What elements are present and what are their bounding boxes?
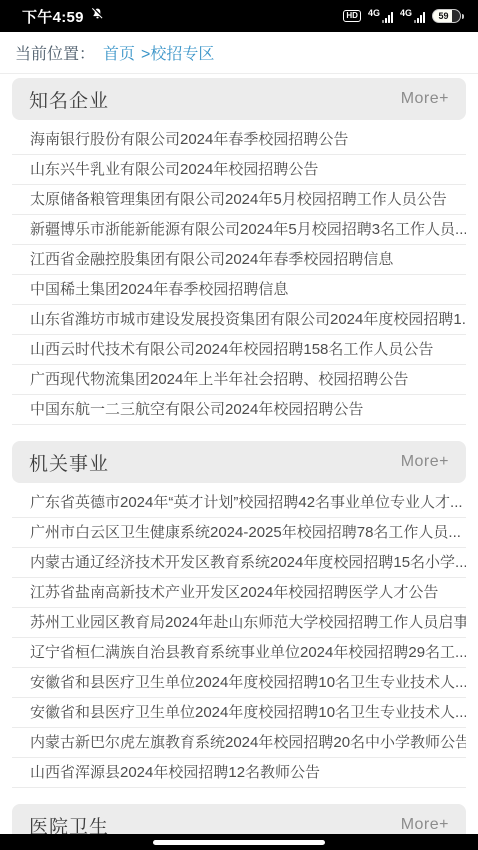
list-item[interactable]: 山西云时代技术有限公司2024年校园招聘158名工作人员公告 (12, 335, 466, 365)
list-item[interactable]: 内蒙古通辽经济技术开发区教育系统2024年度校园招聘15名小学... (12, 548, 466, 578)
sim1-signal-icon: 4G (368, 9, 393, 23)
list-item[interactable]: 安徽省和县医疗卫生单位2024年度校园招聘10名卫生专业技术人... (12, 698, 466, 728)
list-item[interactable]: 辽宁省桓仁满族自治县教育系统事业单位2024年校园招聘29名工... (12, 638, 466, 668)
list-item[interactable]: 新疆博乐市浙能新能源有限公司2024年5月校园招聘3名工作人员... (12, 215, 466, 245)
list-item[interactable]: 江苏省盐南高新技术产业开发区2024年校园招聘医学人才公告 (12, 578, 466, 608)
list-item[interactable]: 中国东航一二三航空有限公司2024年校园招聘公告 (12, 395, 466, 425)
list-item[interactable]: 内蒙古新巴尔虎左旗教育系统2024年校园招聘20名中小学教师公告 (12, 728, 466, 758)
section-title: 知名企业 (29, 86, 109, 113)
list-item[interactable]: 中国稀土集团2024年春季校园招聘信息 (12, 275, 466, 305)
sim2-signal-icon: 4G (400, 9, 425, 23)
list-item[interactable]: 广州市白云区卫生健康系统2024-2025年校园招聘78名工作人员... (12, 518, 466, 548)
breadcrumb-label: 当前位置： (15, 41, 95, 64)
breadcrumb: 当前位置： 首页 >校招专区 (0, 32, 478, 74)
list-item[interactable]: 安徽省和县医疗卫生单位2024年度校园招聘10名卫生专业技术人... (12, 668, 466, 698)
list-item[interactable]: 山西省浑源县2024年校园招聘12名教师公告 (12, 758, 466, 788)
section-government-institutions: 机关事业 More+ 广东省英德市2024年“英才计划”校园招聘42名事业单位专… (0, 441, 478, 788)
list-item[interactable]: 苏州工业园区教育局2024年赴山东师范大学校园招聘工作人员启事 (12, 608, 466, 638)
page-content: 知名企业 More+ 海南银行股份有限公司2024年春季校园招聘公告 山东兴牛乳… (0, 74, 478, 846)
list-item[interactable]: 海南银行股份有限公司2024年春季校园招聘公告 (12, 125, 466, 155)
battery-icon: 59 (432, 9, 464, 23)
breadcrumb-home-link[interactable]: 首页 (103, 41, 135, 64)
list-item[interactable]: 太原储备粮管理集团有限公司2024年5月校园招聘工作人员公告 (12, 185, 466, 215)
home-indicator[interactable] (153, 840, 325, 845)
list-item[interactable]: 广西现代物流集团2024年上半年社会招聘、校园招聘公告 (12, 365, 466, 395)
section-header: 知名企业 More+ (12, 78, 466, 120)
list-item[interactable]: 广东省英德市2024年“英才计划”校园招聘42名事业单位专业人才... (12, 488, 466, 518)
section-title: 机关事业 (29, 449, 109, 476)
status-bar: 下午4:59 HD 4G 4G 59 (0, 0, 478, 32)
more-button[interactable]: More+ (401, 816, 449, 834)
section-famous-enterprises: 知名企业 More+ 海南银行股份有限公司2024年春季校园招聘公告 山东兴牛乳… (0, 78, 478, 425)
gesture-nav-bar (0, 834, 478, 850)
list-item[interactable]: 山东省潍坊市城市建设发展投资集团有限公司2024年度校园招聘1... (12, 305, 466, 335)
breadcrumb-current: >校招专区 (141, 41, 214, 64)
mute-bell-icon (91, 7, 104, 25)
volte-hd-icon: HD (343, 10, 361, 22)
section-header: 机关事业 More+ (12, 441, 466, 483)
list-item[interactable]: 江西省金融控股集团有限公司2024年春季校园招聘信息 (12, 245, 466, 275)
more-button[interactable]: More+ (401, 453, 449, 471)
announcement-list: 广东省英德市2024年“英才计划”校园招聘42名事业单位专业人才... 广州市白… (12, 488, 466, 788)
announcement-list: 海南银行股份有限公司2024年春季校园招聘公告 山东兴牛乳业有限公司2024年校… (12, 125, 466, 425)
list-item[interactable]: 山东兴牛乳业有限公司2024年校园招聘公告 (12, 155, 466, 185)
battery-percent: 59 (438, 11, 448, 21)
clock: 下午4:59 (22, 6, 84, 27)
more-button[interactable]: More+ (401, 90, 449, 108)
